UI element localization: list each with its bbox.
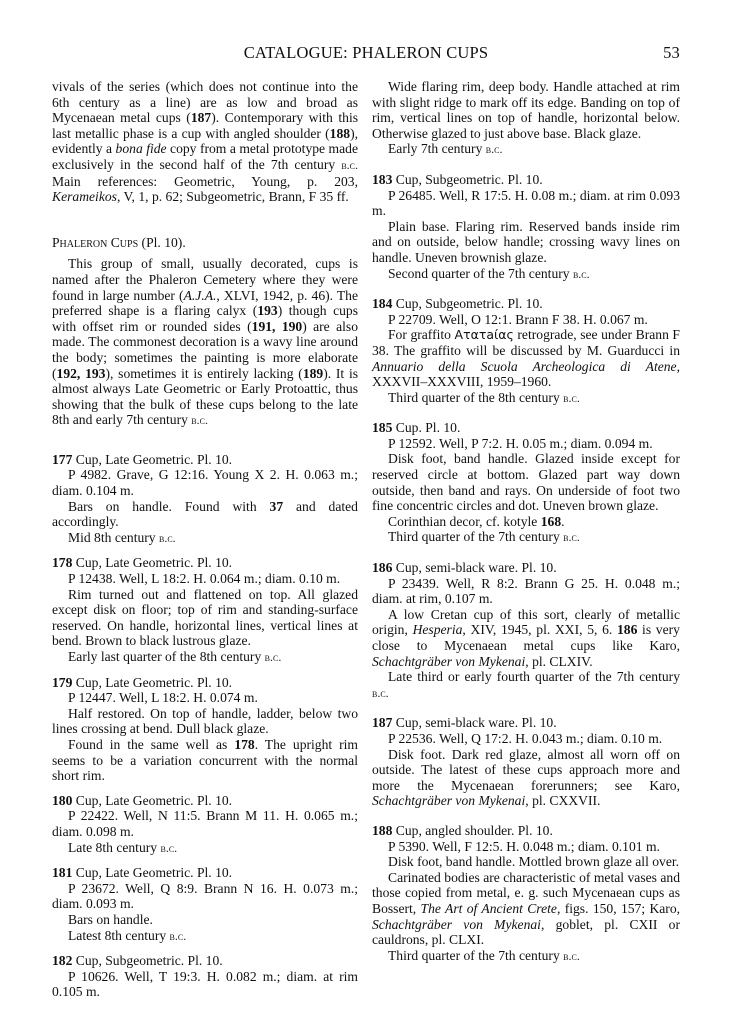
entry-date: Mid 8th century b.c. [52, 530, 358, 547]
section-heading: Phaleron Cups (Pl. 10). [52, 235, 358, 251]
greek-graffito: Ατατaίας [455, 327, 514, 342]
cross-ref: 187 [191, 110, 211, 125]
catalogue-entry-180: 180 Cup, Late Geometric. Pl. 10. P 22422… [52, 793, 358, 856]
catalogue-entry-185: 185 Cup. Pl. 10. P 12592. Well, P 7:2. H… [372, 420, 680, 546]
entry-description: Bars on handle. [52, 912, 358, 928]
page-header: CATALOGUE: PHALERON CUPS 53 [52, 43, 680, 63]
catalogue-entry-186: 186 Cup, semi-black ware. Pl. 10. P 2343… [372, 560, 680, 701]
entry-note: Found in the same well as 178. The uprig… [52, 737, 358, 784]
entry-details: P 5390. Well, F 12:5. H. 0.048 m.; diam.… [372, 839, 680, 855]
catalogue-entry-182-continued: Wide flaring rim, deep body. Handle atta… [372, 79, 680, 158]
entry-details: P 12447. Well, L 18:2. H. 0.074 m. [52, 690, 358, 706]
entry-date: Third quarter of the 7th century b.c. [372, 529, 680, 546]
right-column: Wide flaring rim, deep body. Handle atta… [372, 79, 680, 964]
running-title: CATALOGUE: PHALERON CUPS [52, 43, 680, 63]
entry-details: P 22709. Well, O 12:1. Brann F 38. H. 0.… [372, 312, 680, 328]
entry-details: P 26485. Well, R 17:5. H. 0.08 m.; diam.… [372, 188, 680, 219]
left-column: vivals of the series (which does not con… [52, 79, 358, 1000]
catalogue-entry-187: 187 Cup, semi-black ware. Pl. 10. P 2253… [372, 715, 680, 809]
entry-date: Late 8th century b.c. [52, 840, 358, 857]
page-number: 53 [663, 43, 680, 63]
cross-ref: 188 [330, 126, 350, 141]
entry-date: Second quarter of the 7th century b.c. [372, 266, 680, 283]
entry-details: P 22536. Well, Q 17:2. H. 0.043 m.; diam… [372, 731, 680, 747]
entry-details: P 22422. Well, N 11:5. Brann M 11. H. 0.… [52, 808, 358, 839]
entry-description: A low Cretan cup of this sort, clearly o… [372, 607, 680, 669]
entry-date: Third quarter of the 7th century b.c. [372, 948, 680, 965]
entry-description: Disk foot, band handle. Mottled brown gl… [372, 854, 680, 870]
catalogue-entry-177: 177 Cup, Late Geometric. Pl. 10. P 4982.… [52, 452, 358, 547]
entry-details: P 12592. Well, P 7:2. H. 0.05 m.; diam. … [372, 436, 680, 452]
entry-date: Latest 8th century b.c. [52, 928, 358, 945]
entry-description: For graffito Ατατaίας retrograde, see un… [372, 327, 680, 389]
catalogue-entry-183: 183 Cup, Subgeometric. Pl. 10. P 26485. … [372, 172, 680, 282]
entry-description: Disk foot, band handle. Glazed inside ex… [372, 451, 680, 513]
entry-date: Early 7th century b.c. [372, 141, 680, 158]
entry-details: P 23439. Well, R 8:2. Brann G 25. H. 0.0… [372, 576, 680, 607]
entry-details: P 4982. Grave, G 12:16. Young X 2. H. 0.… [52, 467, 358, 498]
entry-date: Early last quarter of the 8th century b.… [52, 649, 358, 666]
entry-details: P 10626. Well, T 19:3. H. 0.082 m.; diam… [52, 969, 358, 1000]
catalogue-entry-188: 188 Cup, angled shoulder. Pl. 10. P 5390… [372, 823, 680, 964]
section-intro: This group of small, usually decorated, … [52, 256, 358, 429]
entry-description: Disk foot. Dark red glaze, almost all wo… [372, 747, 680, 809]
catalogue-entry-179: 179 Cup, Late Geometric. Pl. 10. P 12447… [52, 675, 358, 784]
catalogue-entry-184: 184 Cup, Subgeometric. Pl. 10. P 22709. … [372, 296, 680, 406]
entry-details: P 23672. Well, Q 8:9. Brann N 16. H. 0.0… [52, 881, 358, 912]
entry-date: Third quarter of the 8th century b.c. [372, 390, 680, 407]
entry-description: Rim turned out and flattened on top. All… [52, 587, 358, 649]
entry-description: Plain base. Flaring rim. Reserved bands … [372, 219, 680, 266]
continuation-paragraph: vivals of the series (which does not con… [52, 79, 358, 205]
catalogue-entry-178: 178 Cup, Late Geometric. Pl. 10. P 12438… [52, 555, 358, 665]
entry-note: Corinthian decor, cf. kotyle 168. [372, 514, 680, 530]
entry-description: Bars on handle. Found with 37 and dated … [52, 499, 358, 530]
entry-date: Late third or early fourth quarter of th… [372, 669, 680, 701]
entry-description: Wide flaring rim, deep body. Handle atta… [372, 79, 680, 141]
entry-description: Half restored. On top of handle, ladder,… [52, 706, 358, 737]
catalogue-entry-182: 182 Cup, Subgeometric. Pl. 10. P 10626. … [52, 953, 358, 1000]
entry-note: Carinated bodies are characteristic of m… [372, 870, 680, 948]
catalogue-entry-181: 181 Cup, Late Geometric. Pl. 10. P 23672… [52, 865, 358, 944]
entry-details: P 12438. Well, L 18:2. H. 0.064 m.; diam… [52, 571, 358, 587]
